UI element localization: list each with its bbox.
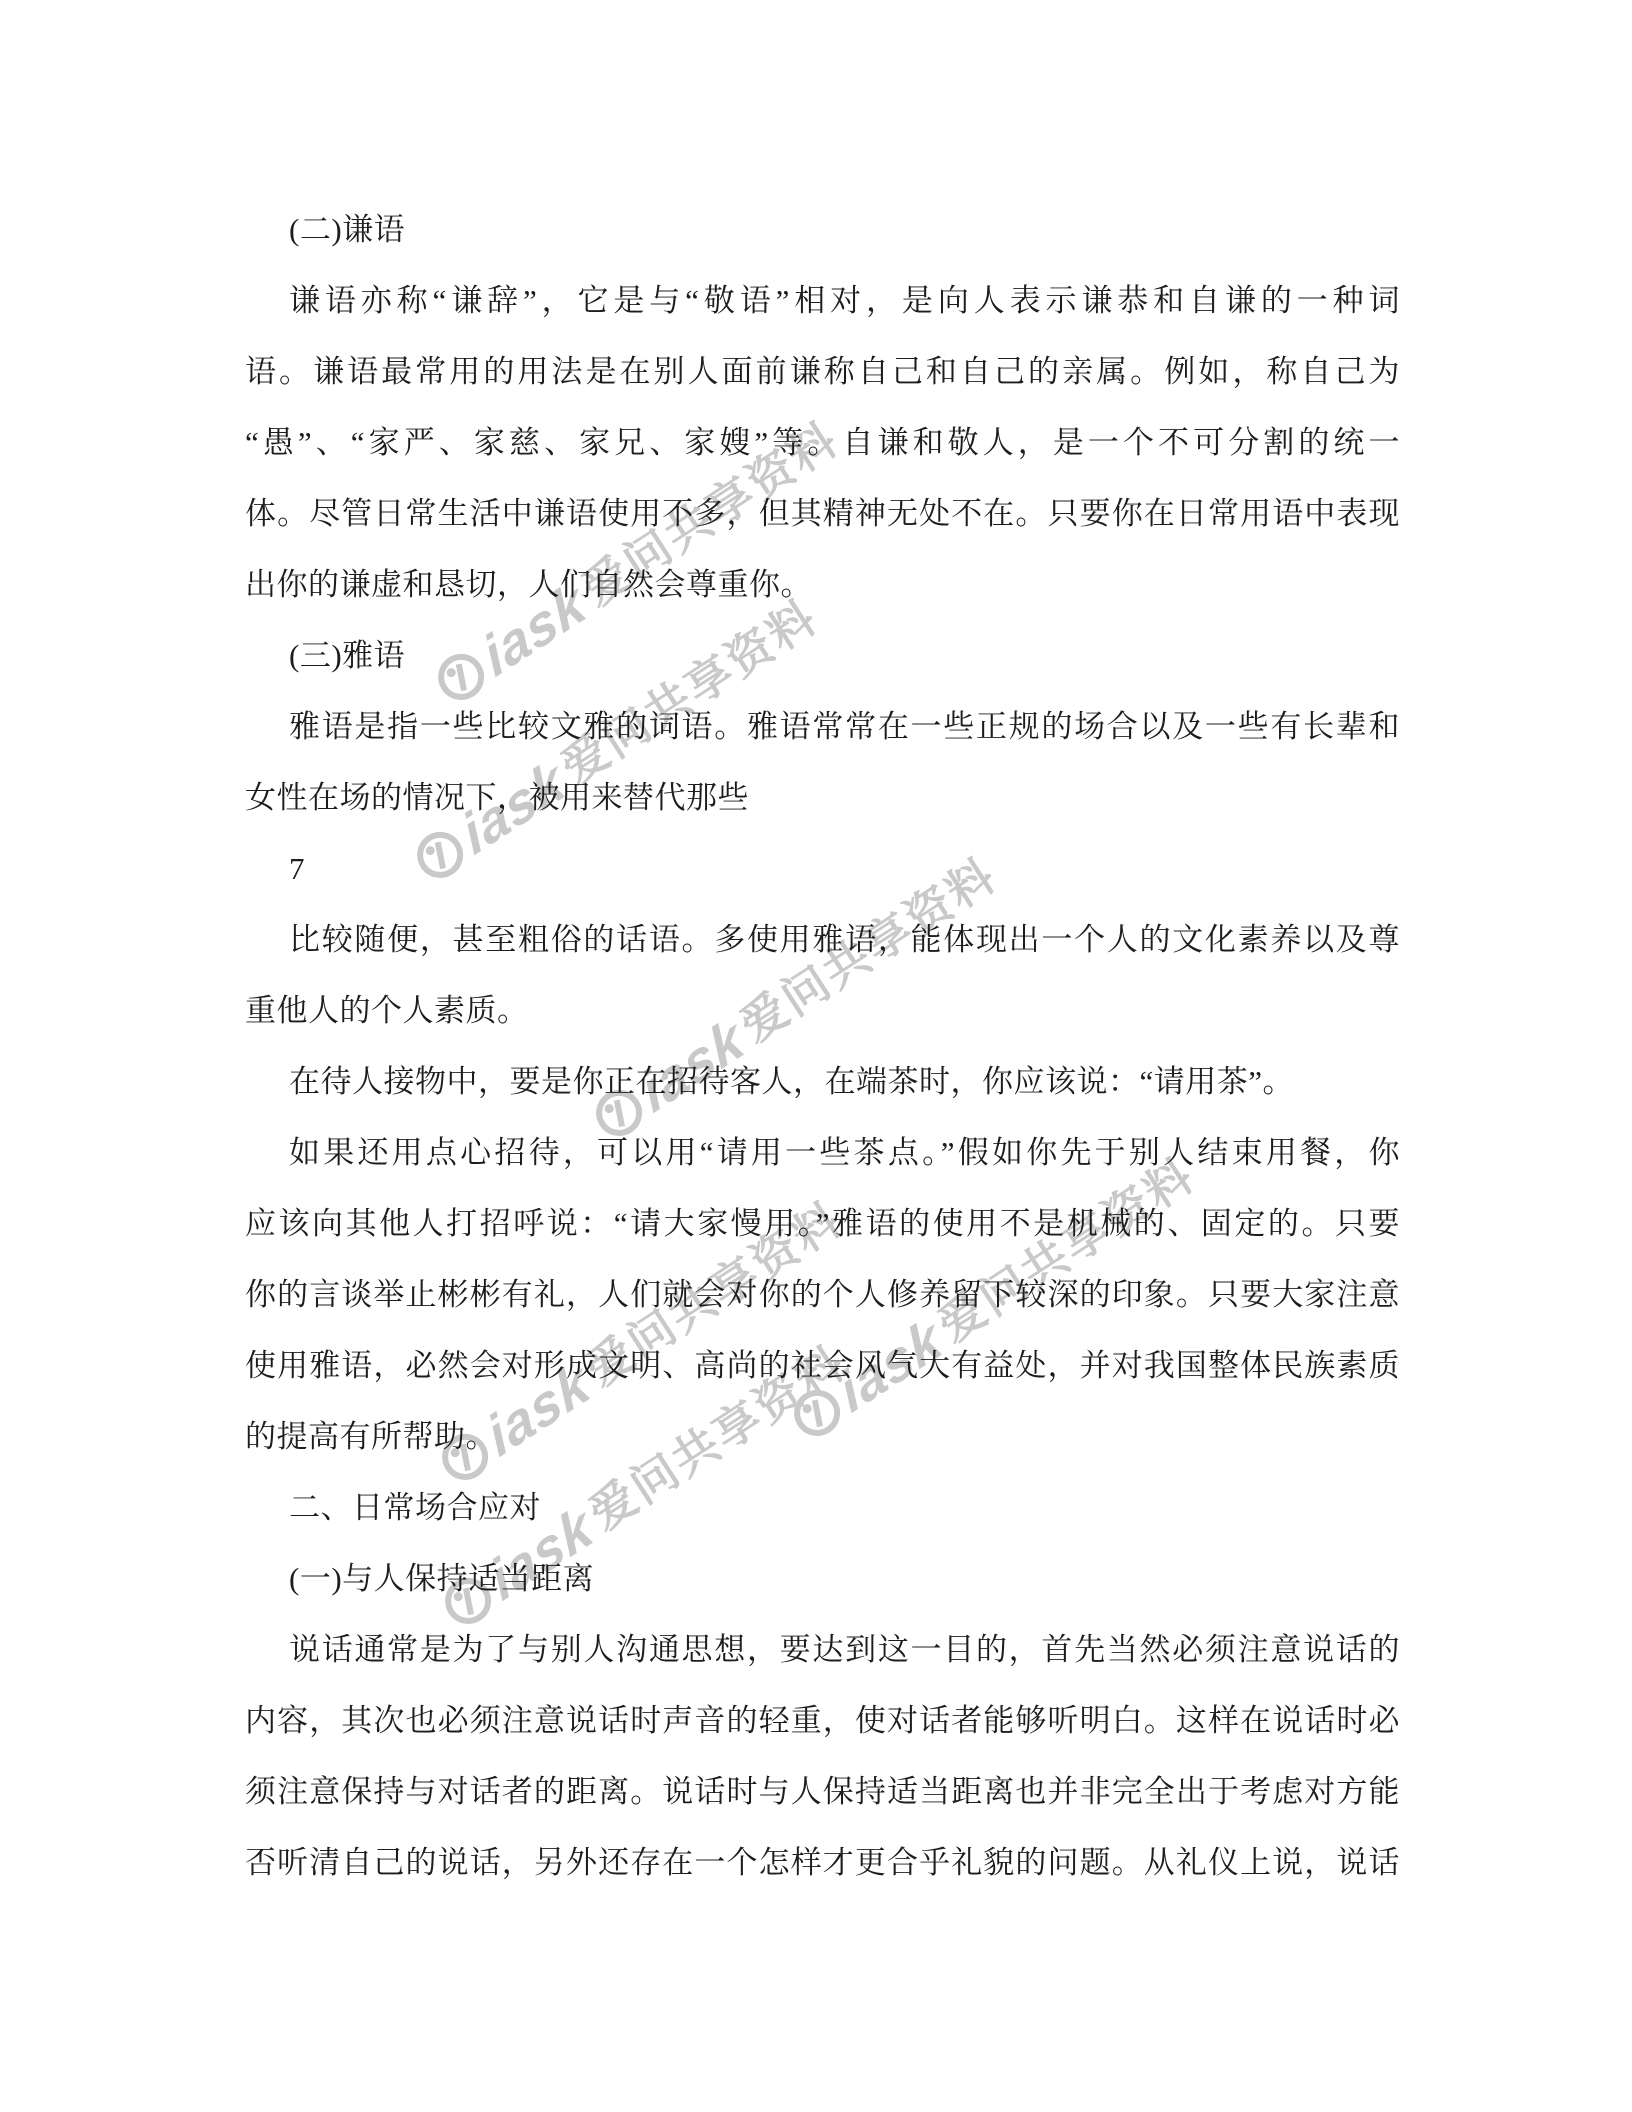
text-line: 说话通常是为了与别人沟通思想，要达到这一目的，首先当然必须注意说话的 [245, 1614, 1400, 1685]
document-page: iask 爱问共享资料 iask 爱问共享资料 [0, 0, 1632, 2112]
document-text: (二)谦语 谦语亦称“谦辞”，它是与“敬语”相对，是向人表示谦恭和自谦的一种词 … [245, 194, 1400, 1898]
page-number: 7 [245, 833, 1400, 904]
text-line: 否听清自己的说话，另外还存在一个怎样才更合乎礼貌的问题。从礼仪上说，说话 [245, 1827, 1400, 1898]
text-line: (一)与人保持适当距离 [245, 1543, 1400, 1614]
text-line: (二)谦语 [245, 194, 1400, 265]
text-line: 在待人接物中，要是你正在招待客人，在端茶时，你应该说：“请用茶”。 [245, 1046, 1400, 1117]
text-line: 出你的谦虚和恳切，人们自然会尊重你。 [245, 549, 1400, 620]
text-line: 语。谦语最常用的用法是在别人面前谦称自己和自己的亲属。例如，称自己为 [245, 336, 1400, 407]
text-line: 重他人的个人素质。 [245, 975, 1400, 1046]
text-line: 须注意保持与对话者的距离。说话时与人保持适当距离也并非完全出于考虑对方能 [245, 1756, 1400, 1827]
text-line: 内容，其次也必须注意说话时声音的轻重，使对话者能够听明白。这样在说话时必 [245, 1685, 1400, 1756]
text-line: 体。尽管日常生活中谦语使用不多，但其精神无处不在。只要你在日常用语中表现 [245, 478, 1400, 549]
text-line: 谦语亦称“谦辞”，它是与“敬语”相对，是向人表示谦恭和自谦的一种词 [245, 265, 1400, 336]
text-line: 的提高有所帮助。 [245, 1401, 1400, 1472]
text-line: (三)雅语 [245, 620, 1400, 691]
text-line: 使用雅语，必然会对形成文明、高尚的社会风气大有益处，并对我国整体民族素质 [245, 1330, 1400, 1401]
text-line: 应该向其他人打招呼说：“请大家慢用。”雅语的使用不是机械的、固定的。只要 [245, 1188, 1400, 1259]
text-line: “愚”、“家严、家慈、家兄、家嫂”等。自谦和敬人，是一个不可分割的统一 [245, 407, 1400, 478]
text-line: 如果还用点心招待，可以用“请用一些茶点。”假如你先于别人结束用餐，你 [245, 1117, 1400, 1188]
text-line: 女性在场的情况下，被用来替代那些 [245, 762, 1400, 833]
text-line: 雅语是指一些比较文雅的词语。雅语常常在一些正规的场合以及一些有长辈和 [245, 691, 1400, 762]
text-line: 你的言谈举止彬彬有礼，人们就会对你的个人修养留下较深的印象。只要大家注意 [245, 1259, 1400, 1330]
text-line: 比较随便，甚至粗俗的话语。多使用雅语，能体现出一个人的文化素养以及尊 [245, 904, 1400, 975]
text-line: 二、日常场合应对 [245, 1472, 1400, 1543]
